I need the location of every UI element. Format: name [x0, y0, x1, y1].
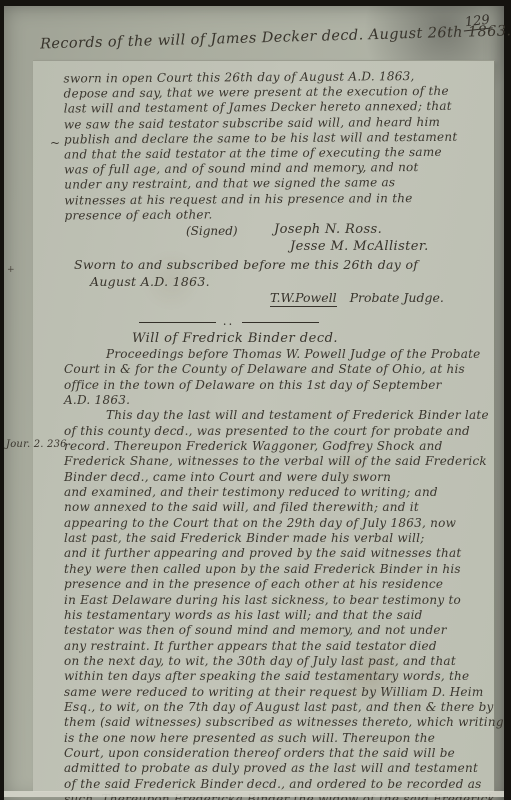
handwritten-line: now annexed to the said will, and filed …	[64, 500, 498, 515]
divider-dots: ..	[216, 320, 242, 324]
handwritten-line: testator was then of sound mind and memo…	[64, 623, 498, 638]
handwritten-line: them (said witnesses) subscribed as witn…	[64, 715, 498, 730]
handwritten-line: record. Thereupon Frederick Waggoner, Go…	[64, 439, 498, 454]
handwritten-line: same were reduced to writing at their re…	[64, 685, 498, 700]
section-divider: ..	[139, 319, 319, 325]
handwritten-line: on the next day, to wit, the 30th day of…	[64, 654, 498, 669]
handwritten-line: and examined, and their testimony reduce…	[64, 485, 498, 500]
judge-signature: T.W.Powell	[270, 290, 337, 307]
handwritten-line: A.D. 1863.	[64, 393, 498, 408]
witness-signature-ross: Joseph N. Ross.	[274, 222, 382, 237]
margin-tick-mark: ~	[50, 136, 60, 150]
attestation-line-2: August A.D. 1863.	[90, 274, 210, 289]
witness-signature-mcallister: Jesse M. McAllister.	[290, 239, 429, 254]
page-bottom-edge	[4, 791, 504, 797]
binder-section-title: Will of Fredrick Binder decd.	[109, 331, 361, 346]
handwritten-line: of this county decd., was presented to t…	[64, 424, 498, 439]
handwritten-line: they were then called upon by the said F…	[64, 562, 498, 577]
handwritten-line: admitted to probate as duly proved as th…	[64, 761, 498, 776]
handwritten-line: This day the last will and testament of …	[64, 408, 498, 423]
handwritten-line: Binder decd., came into Court and were d…	[64, 470, 498, 485]
handwritten-line: appearing to the Court that on the 29th …	[64, 516, 498, 531]
handwritten-line: office in the town of Delaware on this 1…	[64, 378, 498, 393]
binder-proceedings-block: Proceedings before Thomas W. Powell Judg…	[64, 347, 498, 800]
handwritten-line: in East Delaware during his last sicknes…	[64, 593, 498, 608]
handwritten-line: presence of each other.	[64, 205, 498, 223]
handwritten-line: within ten days after speaking the said …	[64, 669, 498, 684]
attestation-line-1: Sworn to and subscribed before me this 2…	[74, 257, 418, 272]
handwritten-line: Court in & for the County of Delaware an…	[64, 362, 498, 377]
divider-rule-left	[139, 322, 216, 323]
record-header: Records of the will of James Decker decd…	[40, 24, 502, 53]
handwritten-line: of the said Frederick Binder decd., and …	[64, 777, 498, 792]
signed-label: (Signed)	[186, 224, 238, 238]
handwritten-line: Frederick Shane, witnesses to the verbal…	[64, 454, 498, 469]
journal-margin-note: Jour. 2. 236	[6, 439, 67, 450]
ledger-paper: 129 Records of the will of James Decker …	[4, 6, 504, 800]
decker-testimony-block: sworn in open Court this 26th day of Aug…	[63, 68, 498, 223]
handwritten-line: Court, upon consideration thereof orders…	[64, 746, 498, 761]
judge-title: Probate Judge.	[350, 290, 444, 305]
handwritten-line: and it further appearing and proved by t…	[64, 546, 498, 561]
handwritten-line: is the one now here presented as such wi…	[64, 731, 498, 746]
margin-artifact-mark: +	[7, 265, 15, 275]
handwritten-line: and that the said testator at the time o…	[64, 144, 498, 162]
judge-signature-line: T.W.Powell Probate Judge.	[270, 290, 444, 305]
handwritten-line: Proceedings before Thomas W. Powell Judg…	[64, 347, 498, 362]
handwritten-line: last past, the said Frederick Binder mad…	[64, 531, 498, 546]
handwritten-line: presence and in the presence of each oth…	[64, 577, 498, 592]
scanned-ledger-photo: 129 Records of the will of James Decker …	[0, 0, 511, 800]
handwritten-line: his testamentary words as his last will;…	[64, 608, 498, 623]
handwritten-line: any restraint. It further appears that t…	[64, 639, 498, 654]
divider-rule-right	[242, 322, 319, 323]
handwritten-line: Esq., to wit, on the 7th day of August l…	[64, 700, 498, 715]
